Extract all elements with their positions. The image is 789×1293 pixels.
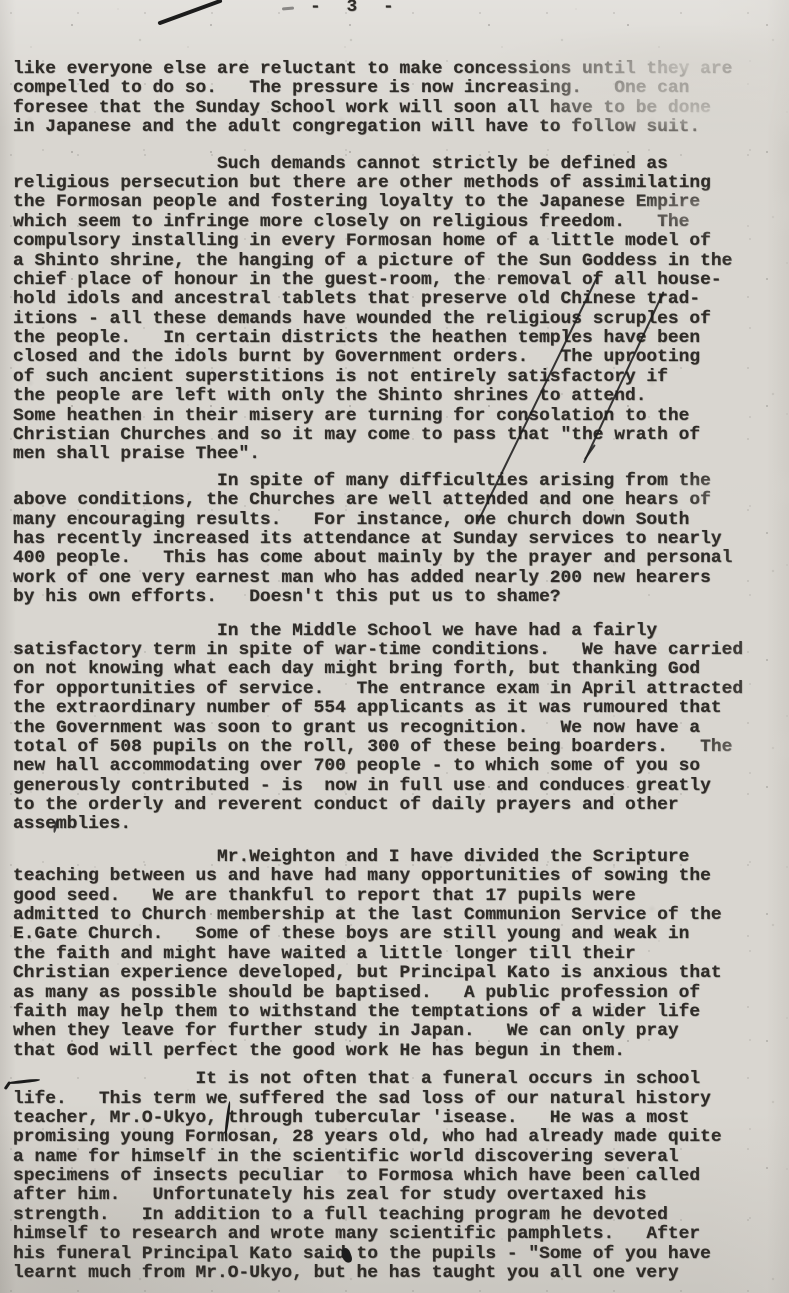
text-line: generously contributed - is now in full … [13, 777, 773, 796]
text-line: admitted to Church membership at the las… [13, 906, 773, 925]
text-line: total of 508 pupils on the roll, 300 of … [13, 738, 773, 757]
paragraph-6: It is not often that a funeral occurs in… [13, 1070, 773, 1283]
text-line: of such ancient superstitions is not ent… [13, 368, 773, 387]
text-line: In spite of many difficulties arising fr… [13, 472, 773, 491]
text-line: like everyone else are reluctant to make… [13, 60, 773, 79]
text-line: life. This term we suffered the sad loss… [13, 1090, 773, 1109]
text-line: which seem to infringe more closely on r… [13, 213, 773, 232]
pen-tilde-nub-icon [4, 1081, 12, 1090]
text-line: a name for himself in the scientific wor… [13, 1148, 773, 1167]
text-line: that God will perfect the good work He h… [13, 1042, 773, 1061]
text-line: Mr.Weighton and I have divided the Scrip… [13, 848, 773, 867]
paragraph-3: In spite of many difficulties arising fr… [13, 472, 773, 608]
text-line: E.Gate Church. Some of these boys are st… [13, 925, 773, 944]
text-line: on not knowing what each day might bring… [13, 660, 773, 679]
text-line: as many as possible should be baptised. … [13, 984, 773, 1003]
text-line: himself to research and wrote many scien… [13, 1225, 773, 1244]
text-line: teacher, Mr.O-Ukyo, through tubercular '… [13, 1109, 773, 1128]
text-line: specimens of insects peculiar to Formosa… [13, 1167, 773, 1186]
paragraph-2: Such demands cannot strictly be defined … [13, 155, 773, 465]
text-line: closed and the idols burnt by Government… [13, 348, 773, 367]
text-line: by his own efforts. Doesn't this put us … [13, 588, 773, 607]
text-line: religious persecution but there are othe… [13, 174, 773, 193]
text-line: Such demands cannot strictly be defined … [13, 155, 773, 174]
text-line: learnt much from Mr.O-Ukyo, but he has t… [13, 1264, 773, 1283]
text-line: has recently increased its attendance at… [13, 530, 773, 549]
text-line: in Japanese and the adult congregation w… [13, 118, 773, 137]
text-line: Some heathen in their misery are turning… [13, 407, 773, 426]
text-line: many encouraging results. For instance, … [13, 511, 773, 530]
text-line: the extraordinary number of 554 applican… [13, 699, 773, 718]
text-line: the people are left with only the Shinto… [13, 387, 773, 406]
text-line: for opportunities of service. The entran… [13, 680, 773, 699]
text-line: It is not often that a funeral occurs in… [13, 1070, 773, 1089]
text-line: 400 people. This has come about mainly b… [13, 549, 773, 568]
text-line: after him. Unfortunately his zeal for st… [13, 1186, 773, 1205]
paragraph-1: like everyone else are reluctant to make… [13, 60, 773, 138]
text-line: Christian Churches and so it may come to… [13, 426, 773, 445]
paragraph-4: In the Middle School we have had a fairl… [13, 622, 773, 835]
text-line: when they leave for further study in Jap… [13, 1022, 773, 1041]
text-line: new hall accommodating over 700 people -… [13, 757, 773, 776]
text-line: the Government was soon to grant us reco… [13, 719, 773, 738]
text-line: In the Middle School we have had a fairl… [13, 622, 773, 641]
text-line: faith may help them to withstand the tem… [13, 1003, 773, 1022]
text-line: the faith and might have waited a little… [13, 945, 773, 964]
text-line: compulsory installing in every Formosan … [13, 232, 773, 251]
document-text: like everyone else are reluctant to make… [13, 0, 773, 1283]
text-line: satisfactory term in spite of war-time c… [13, 641, 773, 660]
text-line: teaching between us and have had many op… [13, 867, 773, 886]
text-line: the Formosan people and fostering loyalt… [13, 193, 773, 212]
text-line: men shall praise Thee". [13, 445, 773, 464]
text-line: a Shinto shrine, the hanging of a pictur… [13, 252, 773, 271]
text-line: his funeral Principal Kato said to the p… [13, 1245, 773, 1264]
text-line: work of one very earnest man who has add… [13, 569, 773, 588]
text-line: promising young Formosan, 28 years old, … [13, 1128, 773, 1147]
text-line: strength. In addition to a full teaching… [13, 1206, 773, 1225]
paragraph-5: Mr.Weighton and I have divided the Scrip… [13, 848, 773, 1061]
text-line: assemblies. [13, 815, 773, 834]
text-line: itions - all these demands have wounded … [13, 310, 773, 329]
text-line: compelled to do so. The pressure is now … [13, 79, 773, 98]
text-line: the people. In certain districts the hea… [13, 329, 773, 348]
text-line: good seed. We are thankful to report tha… [13, 887, 773, 906]
text-line: to the orderly and reverent conduct of d… [13, 796, 773, 815]
document-page: - 3 - like everyone else are reluctant t… [0, 0, 789, 1293]
text-line: Christian experience developed, but Prin… [13, 964, 773, 983]
text-line: above conditions, the Churches are well … [13, 491, 773, 510]
text-line: foresee that the Sunday School work will… [13, 99, 773, 118]
text-line: chief place of honour in the guest-room,… [13, 271, 773, 290]
